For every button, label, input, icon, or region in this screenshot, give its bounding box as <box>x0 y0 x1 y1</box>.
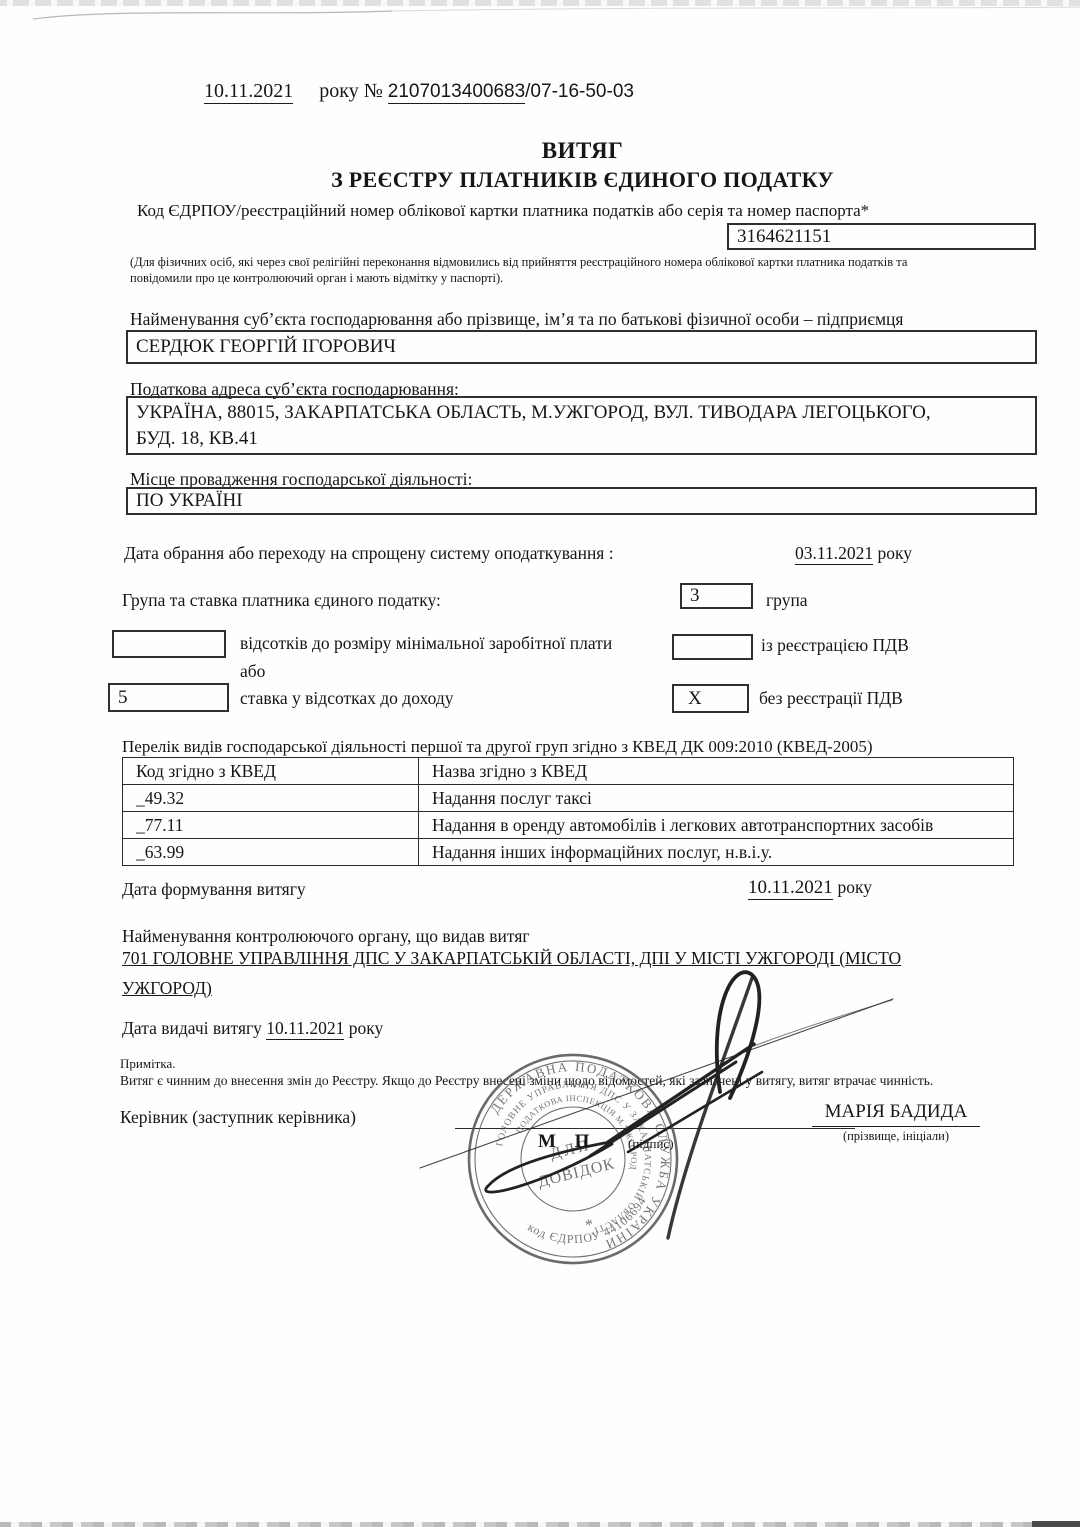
document-page: 10.11.2021року № 2107013400683/07-16-50-… <box>0 0 1080 1527</box>
signature-caption: (підпис) <box>628 1136 674 1152</box>
address-value-line2: БУД. 18, КВ.41 <box>136 426 258 452</box>
mp-mark: М П <box>538 1131 596 1153</box>
place-value-box: ПО УКРАЇНІ <box>126 487 1037 515</box>
election-date-value: 03.11.2021 року <box>795 543 912 564</box>
kved-name: Надання в оренду автомобілів і легкових … <box>419 812 1014 839</box>
scan-artifact-bottom-band <box>0 1522 1080 1527</box>
kved-table: Код згідно з КВЕД Назва згідно з КВЕД _4… <box>122 757 1014 866</box>
edrpou-value: 3164621151 <box>737 226 831 248</box>
formation-date-roku: року <box>838 877 873 897</box>
scan-artifact-top-curve <box>0 0 1080 40</box>
election-date-label: Дата обрання або переходу на спрощену си… <box>124 543 614 564</box>
vat-with-label: із реєстрацією ПДВ <box>761 635 909 656</box>
kved-name: Надання інших інформаційних послуг, н.в.… <box>419 839 1014 866</box>
rate-minwage-label: відсотків до розміру мінімальної заробіт… <box>240 633 612 654</box>
vat-without-box: X <box>672 684 749 713</box>
issue-date-line: Дата видачі витягу 10.11.2021 року <box>122 1018 383 1039</box>
kved-header-code: Код згідно з КВЕД <box>123 758 419 785</box>
reference-middle: року № <box>319 80 383 102</box>
kved-header-row: Код згідно з КВЕД Назва згідно з КВЕД <box>123 758 1014 785</box>
address-value-box: УКРАЇНА, 88015, ЗАКАРПАТСЬКА ОБЛАСТЬ, М.… <box>126 396 1037 455</box>
religious-note-line2: повідомили про це контролюючий орган і м… <box>130 271 1040 287</box>
election-date-roku: року <box>877 543 912 563</box>
election-date: 03.11.2021 <box>795 543 873 565</box>
document-subtitle: З РЕЄСТРУ ПЛАТНИКІВ ЄДИНОГО ПОДАТКУ <box>130 167 1035 193</box>
head-label: Керівник (заступник керівника) <box>120 1107 356 1128</box>
address-value-line1: УКРАЇНА, 88015, ЗАКАРПАТСЬКА ОБЛАСТЬ, М.… <box>136 400 931 426</box>
note-title: Примітка. <box>120 1056 176 1072</box>
authority-label: Найменування контролюючого органу, що ви… <box>122 926 530 947</box>
kved-caption: Перелік видів господарської діяльності п… <box>122 737 873 757</box>
kved-code: _63.99 <box>123 839 419 866</box>
edrpou-value-box: 3164621151 <box>727 223 1036 250</box>
religious-note-line1: (Для фізичних осіб, які через свої реліг… <box>130 255 1040 271</box>
authority-value-line2: УЖГОРОД) <box>122 978 212 999</box>
formation-date-value: 10.11.2021 року <box>748 877 872 899</box>
table-row: _49.32 Надання послуг таксі <box>123 785 1014 812</box>
religious-note: (Для фізичних осіб, які через свої реліг… <box>130 255 1040 286</box>
or-text: або <box>240 661 265 682</box>
formation-date-label: Дата формування витягу <box>122 879 306 900</box>
rate-income-label: ставка у відсотках до доходу <box>240 688 454 709</box>
edrpou-label: Код ЄДРПОУ/реєстраційний номер облікової… <box>137 201 869 221</box>
reference-suffix: /07-16-50-03 <box>525 81 634 102</box>
issue-date: 10.11.2021 <box>266 1018 344 1040</box>
kved-code: _77.11 <box>123 812 419 839</box>
reference-line: 10.11.2021року № 2107013400683/07-16-50-… <box>204 80 634 103</box>
group-suffix: група <box>766 590 808 611</box>
rate-minwage-box <box>112 630 226 658</box>
kved-code: _49.32 <box>123 785 419 812</box>
group-value: 3 <box>690 585 700 607</box>
document-title: ВИТЯГ <box>130 138 1035 164</box>
kved-header-name: Назва згідно з КВЕД <box>419 758 1014 785</box>
handwritten-signature <box>380 950 920 1260</box>
group-value-box: 3 <box>680 583 753 609</box>
reference-date: 10.11.2021 <box>204 80 293 104</box>
kved-name: Надання послуг таксі <box>419 785 1014 812</box>
vat-with-box <box>672 634 753 660</box>
vat-without-value: X <box>688 688 702 710</box>
name-value-box: СЕРДЮК ГЕОРГІЙ ІГОРОВИЧ <box>126 330 1037 364</box>
group-label: Група та ставка платника єдиного податку… <box>122 590 441 611</box>
rate-income-value: 5 <box>118 687 128 709</box>
issue-date-roku: року <box>349 1018 384 1038</box>
name-label: Найменування суб’єкта господарювання або… <box>130 309 903 330</box>
rate-income-box: 5 <box>108 683 229 712</box>
issue-date-label: Дата видачі витягу <box>122 1018 262 1038</box>
vat-without-label: без реєстрації ПДВ <box>759 688 903 709</box>
place-value: ПО УКРАЇНІ <box>136 490 243 512</box>
reference-number: 2107013400683 <box>388 81 525 104</box>
formation-date: 10.11.2021 <box>748 877 833 900</box>
table-row: _63.99 Надання інших інформаційних послу… <box>123 839 1014 866</box>
scan-artifact-bottom-corner <box>1032 1521 1080 1527</box>
table-row: _77.11 Надання в оренду автомобілів і ле… <box>123 812 1014 839</box>
name-value: СЕРДЮК ГЕОРГІЙ ІГОРОВИЧ <box>136 336 396 358</box>
